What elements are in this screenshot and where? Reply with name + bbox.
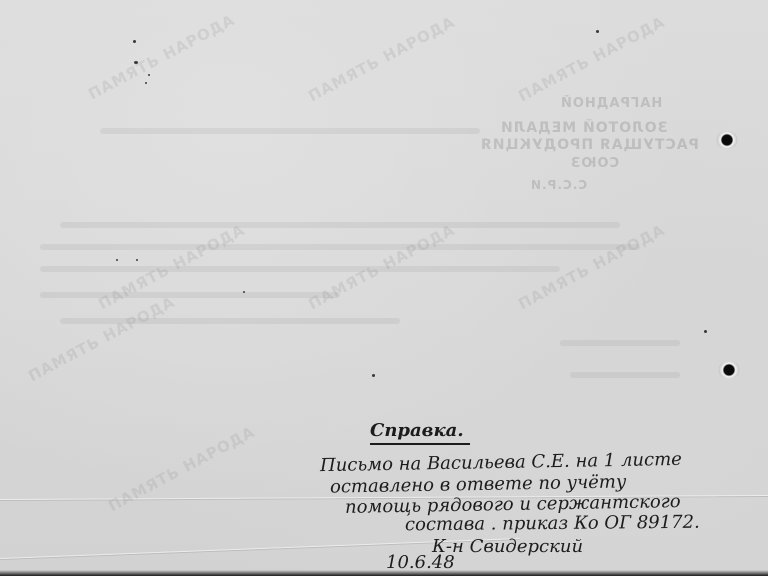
bleed-through-text: НАГРАДНОЙ xyxy=(560,96,662,111)
dust-speck xyxy=(243,291,245,293)
note-title: Справка. xyxy=(370,420,470,445)
note-line: Письмо на Васильева С.Е. на 1 листе xyxy=(320,449,682,476)
watermark: ПАМЯТЬ НАРОДА xyxy=(85,11,238,104)
bleed-through-line xyxy=(40,292,340,298)
dust-speck xyxy=(116,259,118,261)
dust-speck xyxy=(134,61,138,64)
note-line: состава . приказ Ко ОГ 89172. xyxy=(405,512,700,536)
bleed-through-line xyxy=(40,244,640,250)
dust-speck xyxy=(133,40,136,43)
dust-speck xyxy=(148,74,150,76)
bleed-through-line xyxy=(560,340,680,346)
scan-bottom-edge xyxy=(0,570,768,576)
bleed-through-line xyxy=(570,372,680,378)
bleed-through-line xyxy=(40,266,560,272)
watermark: ПАМЯТЬ НАРОДА xyxy=(105,423,258,516)
dust-speck xyxy=(596,30,599,33)
bleed-through-line xyxy=(60,222,620,228)
watermark: ПАМЯТЬ НАРОДА xyxy=(305,13,458,106)
bleed-through-text: РАСТУЩАЯ ПРОДУКЦИЯ xyxy=(480,137,699,153)
dust-speck xyxy=(136,259,138,261)
bleed-through-text: С.С.Р.И xyxy=(530,178,587,192)
bleed-through-line xyxy=(100,128,480,134)
bleed-through-text: ЗОЛОТОЙ МЕДАЛИ xyxy=(500,120,668,136)
watermark: ПАМЯТЬ НАРОДА xyxy=(515,13,668,106)
dust-speck xyxy=(372,374,375,377)
hole-punch xyxy=(716,131,738,149)
hole-punch xyxy=(718,361,740,379)
dust-speck xyxy=(704,330,707,333)
document-page: НАГРАДНОЙ ЗОЛОТОЙ МЕДАЛИ РАСТУЩАЯ ПРОДУК… xyxy=(0,0,768,576)
bleed-through-text: СОЮЗ xyxy=(570,156,619,171)
dust-speck xyxy=(145,82,147,84)
